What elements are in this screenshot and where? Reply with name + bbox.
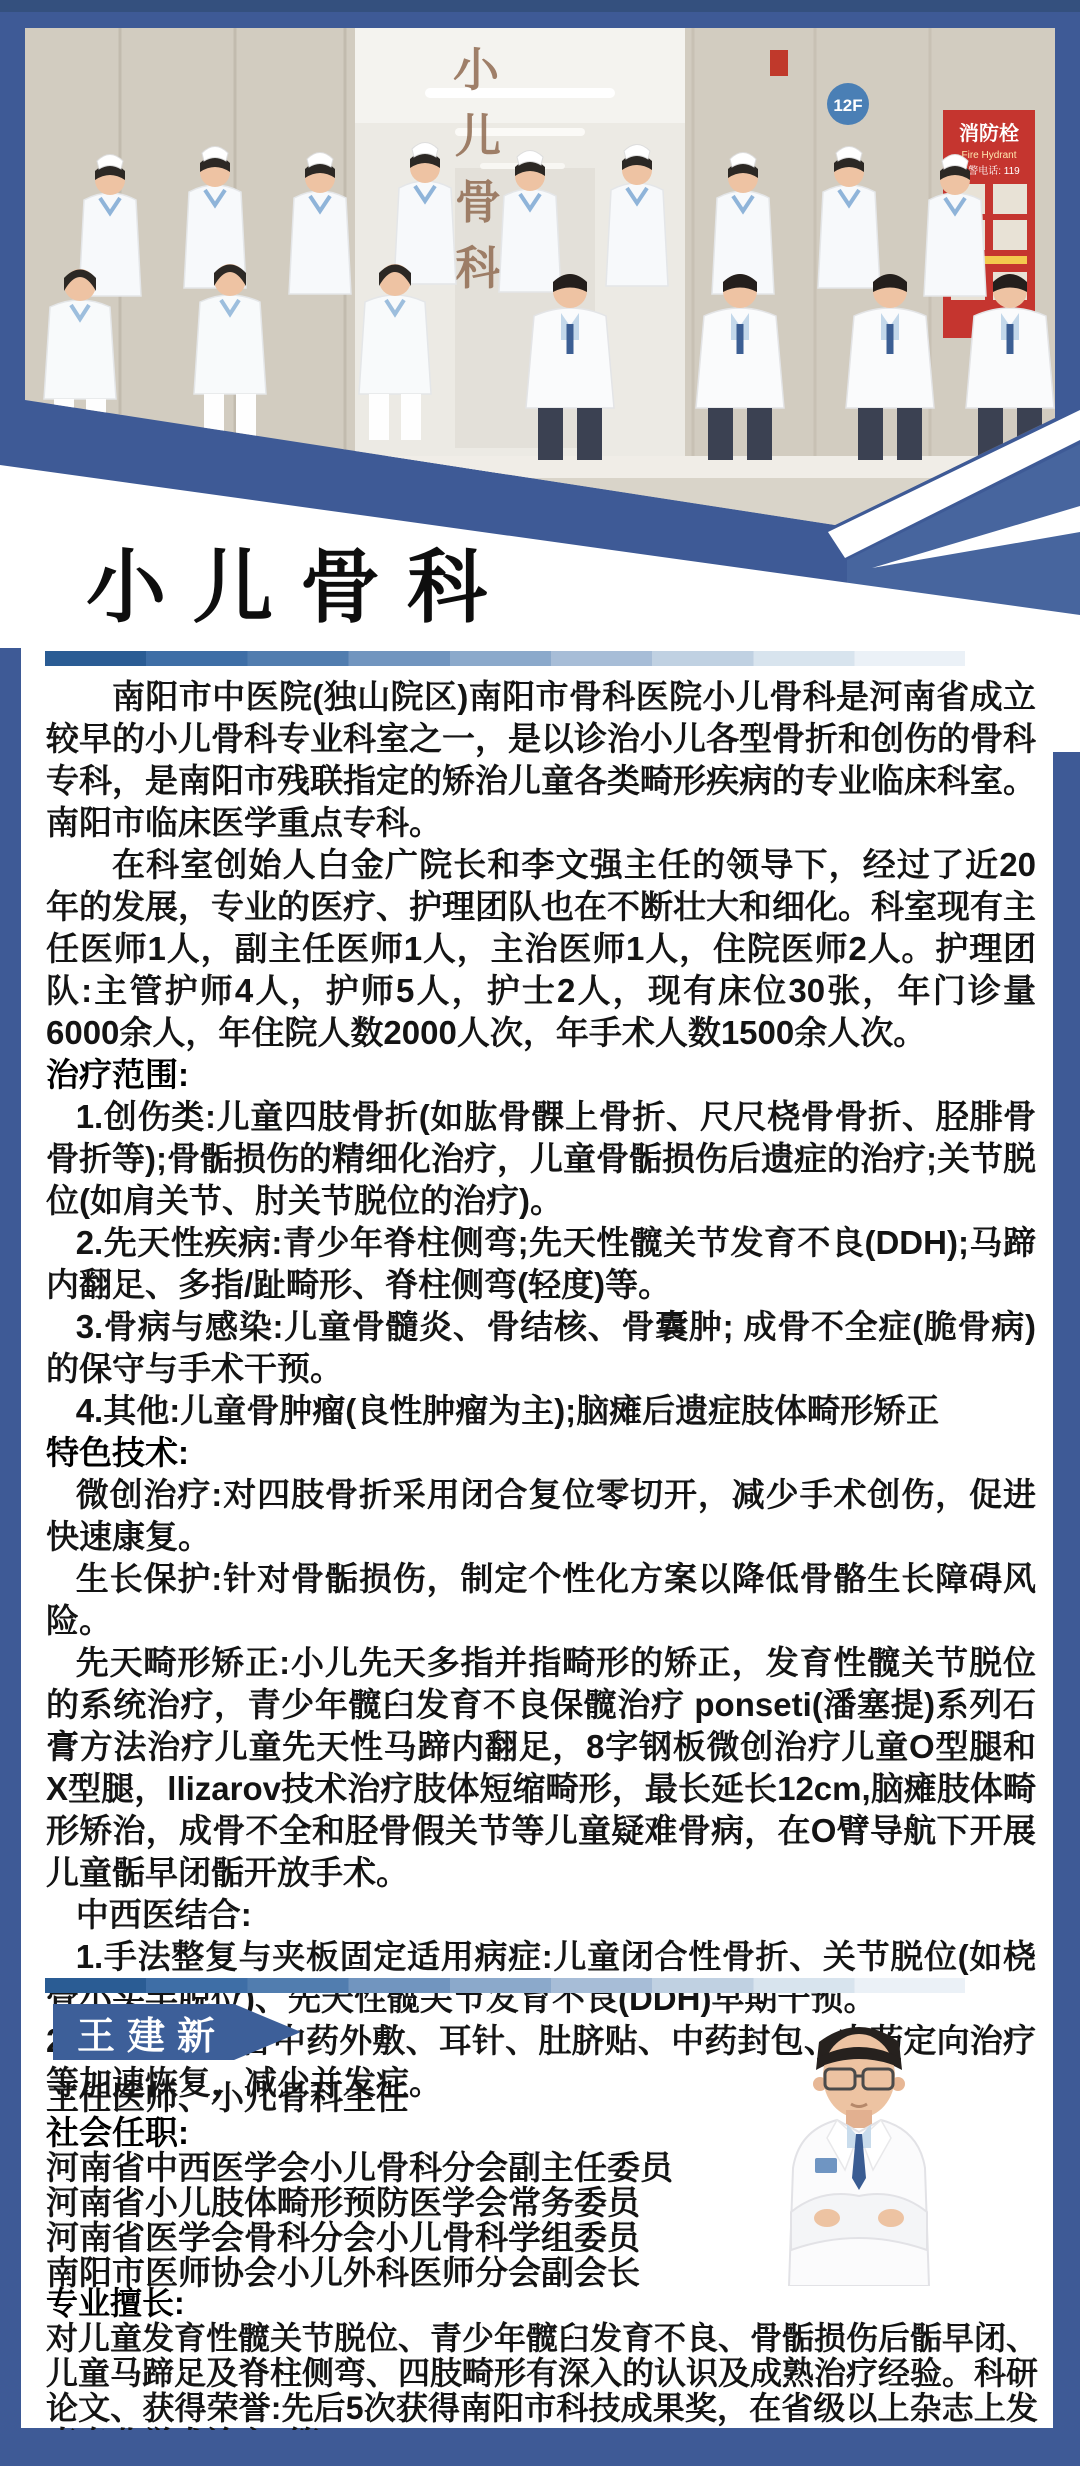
social-item-2: 河南省小儿肢体畸形预防医学会常务委员: [46, 2185, 746, 2220]
tech-item-1: 微创治疗:对四肢骨折采用闭合复位零切开，减少手术创伤，促进快速康复。: [46, 1474, 1036, 1558]
specialty-heading: 专业擅长:: [46, 2286, 1038, 2321]
tech-item-3: 先天畸形矫正:小儿先天多指并指畸形的矫正，发育性髋关节脱位的系统治疗，青少年髋臼…: [46, 1642, 1036, 1894]
doctor-info: 主任医师、小儿骨科主任 社会任职: 河南省中西医学会小儿骨科分会副主任委员 河南…: [46, 2080, 746, 2290]
gradient-divider-doctor: [45, 1978, 965, 1993]
tcm-heading: 中西医结合:: [46, 1894, 1036, 1936]
scope-item-3: 3.骨病与感染:儿童骨髓炎、骨结核、骨囊肿; 成骨不全症(脆骨病)的保守与手术干…: [46, 1306, 1036, 1390]
scope-heading: 治疗范围:: [46, 1054, 1036, 1096]
page-title: 小儿骨科: [86, 544, 514, 632]
intro-paragraph-2: 在科室创始人白金广院长和李文强主任的领导下，经过了近20年的发展，专业的医疗、护…: [46, 844, 1036, 1054]
wall-sign-char: 儿: [455, 110, 501, 162]
gradient-divider-top: [45, 651, 965, 666]
scope-item-2: 2.先天性疾病:青少年脊柱侧弯;先天性髋关节发育不良(DDH);马蹄内翻足、多指…: [46, 1222, 1036, 1306]
department-article: 南阳市中医院(独山院区)南阳市骨科医院小儿骨科是河南省成立较早的小儿骨科专业科室…: [46, 676, 1036, 2104]
doctor-name: 王建新: [53, 2005, 227, 2060]
social-item-3: 河南省医学会骨科分会小儿骨科学组委员: [46, 2220, 746, 2255]
intro-paragraph-1: 南阳市中医院(独山院区)南阳市骨科医院小儿骨科是河南省成立较早的小儿骨科专业科室…: [46, 676, 1036, 844]
left-frame-border: [0, 648, 21, 2466]
floor-sign-label: 12F: [833, 96, 862, 115]
right-frame-border: [1053, 752, 1080, 2466]
tech-item-2: 生长保护:针对骨骺损伤，制定个性化方案以降低骨骼生长障碍风险。: [46, 1558, 1036, 1642]
scope-item-4: 4.其他:儿童骨肿瘤(良性肿瘤为主);脑瘫后遗症肢体畸形矫正: [46, 1390, 1036, 1432]
social-item-1: 河南省中西医学会小儿骨科分会副主任委员: [46, 2150, 746, 2185]
wall-sign-char: 骨: [455, 176, 501, 228]
scope-item-1: 1.创伤类:儿童四肢骨折(如肱骨髁上骨折、尺尺桡骨骨折、胫腓骨骨折等);骨骺损伤…: [46, 1096, 1036, 1222]
tech-heading: 特色技术:: [46, 1432, 1036, 1474]
doctor-portrait: [758, 2006, 960, 2286]
poster-subtitle: Fire Hydrant: [961, 150, 1016, 161]
wall-sign-char: 小: [453, 44, 500, 96]
social-heading: 社会任职:: [46, 2115, 746, 2150]
department-poster: 小 儿 骨 科 12F 消防栓 Fire Hydrant 火警电话: 119: [0, 0, 1080, 2466]
doctor-title-line: 主任医师、小儿骨科主任: [46, 2080, 746, 2115]
footer-band: [0, 2430, 1080, 2466]
wall-sign-char: 科: [455, 242, 501, 294]
poster-title: 消防栓: [959, 121, 1019, 145]
